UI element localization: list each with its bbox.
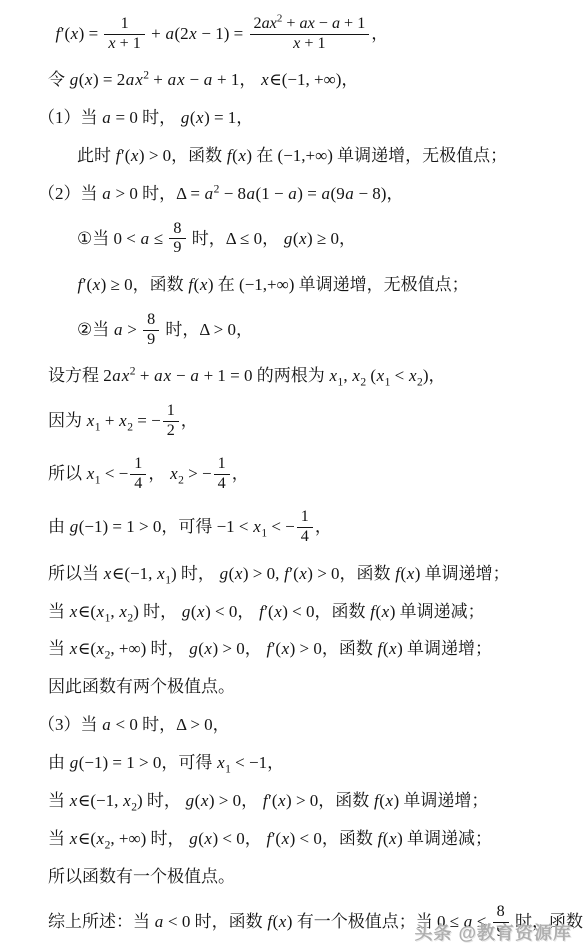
math-text-run: 时，Δ ≤ 0， g(x) ≥ 0， bbox=[188, 229, 357, 248]
math-text-run: 因此函数有两个极值点。 bbox=[48, 677, 235, 696]
fraction-denominator: 2 bbox=[163, 421, 179, 441]
document-line: 由 g(−1) = 1 > 0，可得 −1 < x1 < −14， bbox=[48, 509, 574, 547]
math-solution-document: f′(x) = 1x + 1 + a(2x − 1) = 2ax2 + ax −… bbox=[38, 16, 574, 942]
document-line: ①当 0 < a ≤ 89 时，Δ ≤ 0， g(x) ≥ 0， bbox=[77, 221, 574, 259]
fraction-denominator: 4 bbox=[297, 527, 313, 547]
math-text-run: ①当 0 < a ≤ bbox=[77, 229, 167, 248]
math-text-run: 由 g(−1) = 1 > 0，可得 x1 < −1， bbox=[48, 753, 284, 772]
math-text-run: 当 x∈(−1, x2) 时， g(x) > 0， f′(x) > 0，函数 f… bbox=[48, 791, 488, 810]
math-text-run: ， bbox=[315, 517, 332, 536]
fraction: 14 bbox=[214, 455, 230, 493]
math-text-run: 因为 x1 + x2 = − bbox=[48, 411, 161, 430]
fraction-denominator: x + 1 bbox=[104, 34, 144, 54]
math-text-run: 所以函数有一个极值点。 bbox=[48, 867, 235, 886]
document-line: 令 g(x) = 2ax2 + ax − a + 1， x∈(−1, +∞)， bbox=[48, 69, 574, 92]
fraction-denominator: 9 bbox=[169, 238, 185, 258]
document-line: （1）当 a = 0 时， g(x) = 1， bbox=[38, 107, 574, 130]
document-line: 所以函数有一个极值点。 bbox=[48, 866, 574, 889]
math-text-run: f′(x) = bbox=[55, 24, 102, 43]
math-text-run: ， bbox=[181, 411, 198, 430]
document-line: 当 x∈(x1, x2) 时， g(x) < 0， f′(x) < 0，函数 f… bbox=[48, 601, 574, 624]
fraction-numerator: 2ax2 + ax − a + 1 bbox=[250, 15, 370, 34]
math-text-run: 此时 f′(x) > 0，函数 f(x) 在 (−1,+∞) 单调递增，无极值点… bbox=[77, 146, 507, 165]
fraction-numerator: 8 bbox=[143, 311, 159, 330]
math-text-run: 当 x∈(x1, x2) 时， g(x) < 0， f′(x) < 0，函数 f… bbox=[48, 602, 485, 621]
math-text-run: 所以当 x∈(−1, x1) 时， g(x) > 0, f′(x) > 0，函数… bbox=[48, 564, 510, 583]
math-text-run: 当 x∈(x2, +∞) 时， g(x) > 0， f′(x) > 0，函数 f… bbox=[48, 639, 492, 658]
math-text-run: + a(2x − 1) = bbox=[147, 24, 248, 43]
math-text-run: （1）当 a = 0 时， g(x) = 1， bbox=[38, 108, 253, 127]
math-text-run: ②当 a > bbox=[77, 320, 141, 339]
fraction-denominator: 4 bbox=[214, 474, 230, 494]
fraction-denominator: 9 bbox=[143, 330, 159, 350]
document-line: 此时 f′(x) > 0，函数 f(x) 在 (−1,+∞) 单调递增，无极值点… bbox=[77, 145, 574, 168]
math-text-run: 令 g(x) = 2ax2 + ax − a + 1， x∈(−1, +∞)， bbox=[48, 70, 358, 89]
fraction-numerator: 8 bbox=[169, 220, 185, 239]
fraction: 14 bbox=[297, 508, 313, 546]
fraction-denominator: x + 1 bbox=[250, 34, 370, 54]
fraction-numerator: 1 bbox=[297, 508, 313, 527]
math-text-run: ， bbox=[371, 24, 388, 43]
fraction: 2ax2 + ax − a + 1x + 1 bbox=[250, 15, 370, 53]
document-line: f′(x) ≥ 0，函数 f(x) 在 (−1,+∞) 单调递增，无极值点； bbox=[77, 274, 574, 297]
document-line: f′(x) = 1x + 1 + a(2x − 1) = 2ax2 + ax −… bbox=[55, 16, 574, 54]
math-text-run: 设方程 2ax2 + ax − a + 1 = 0 的两根为 x1, x2 (x… bbox=[48, 366, 446, 385]
document-line: 所以当 x∈(−1, x1) 时， g(x) > 0, f′(x) > 0，函数… bbox=[48, 563, 574, 586]
document-line: （3）当 a < 0 时，Δ > 0， bbox=[38, 714, 574, 737]
math-text-run: ， bbox=[232, 464, 249, 483]
document-line: 因为 x1 + x2 = −12， bbox=[48, 403, 574, 441]
document-line: 因此函数有两个极值点。 bbox=[48, 676, 574, 699]
document-line: 由 g(−1) = 1 > 0，可得 x1 < −1， bbox=[48, 752, 574, 775]
document-line: ②当 a > 89 时，Δ > 0， bbox=[77, 312, 574, 350]
fraction-denominator: 4 bbox=[130, 474, 146, 494]
fraction: 89 bbox=[143, 311, 159, 349]
fraction: 1x + 1 bbox=[104, 15, 144, 53]
document-line: 当 x∈(x2, +∞) 时， g(x) < 0， f′(x) < 0，函数 f… bbox=[48, 828, 574, 851]
document-line: 当 x∈(x2, +∞) 时， g(x) > 0， f′(x) > 0，函数 f… bbox=[48, 638, 574, 661]
watermark: 头条 @教育资源库 bbox=[414, 919, 572, 945]
math-text-run: f′(x) ≥ 0，函数 f(x) 在 (−1,+∞) 单调递增，无极值点； bbox=[77, 275, 469, 294]
math-text-run: 由 g(−1) = 1 > 0，可得 −1 < x1 < − bbox=[48, 517, 295, 536]
math-text-run: （3）当 a < 0 时，Δ > 0， bbox=[38, 715, 230, 734]
fraction: 14 bbox=[130, 455, 146, 493]
fraction-numerator: 1 bbox=[130, 455, 146, 474]
document-page: f′(x) = 1x + 1 + a(2x − 1) = 2ax2 + ax −… bbox=[0, 0, 584, 951]
math-text-run: ， x2 > − bbox=[148, 464, 211, 483]
fraction-numerator: 1 bbox=[214, 455, 230, 474]
document-line: 当 x∈(−1, x2) 时， g(x) > 0， f′(x) > 0，函数 f… bbox=[48, 790, 574, 813]
fraction: 89 bbox=[169, 220, 185, 258]
fraction-numerator: 1 bbox=[104, 15, 144, 34]
fraction: 12 bbox=[163, 402, 179, 440]
math-text-run: 所以 x1 < − bbox=[48, 464, 128, 483]
math-text-run: （2）当 a > 0 时，Δ = a2 − 8a(1 − a) = a(9a −… bbox=[38, 184, 403, 203]
document-line: （2）当 a > 0 时，Δ = a2 − 8a(1 − a) = a(9a −… bbox=[38, 183, 574, 206]
fraction-numerator: 1 bbox=[163, 402, 179, 421]
math-text-run: 时，Δ > 0， bbox=[161, 320, 253, 339]
document-line: 设方程 2ax2 + ax − a + 1 = 0 的两根为 x1, x2 (x… bbox=[48, 365, 574, 388]
watermark-text: 头条 @教育资源库 bbox=[414, 923, 572, 943]
document-line: 所以 x1 < −14， x2 > −14， bbox=[48, 456, 574, 494]
math-text-run: 当 x∈(x2, +∞) 时， g(x) < 0， f′(x) < 0，函数 f… bbox=[48, 829, 492, 848]
